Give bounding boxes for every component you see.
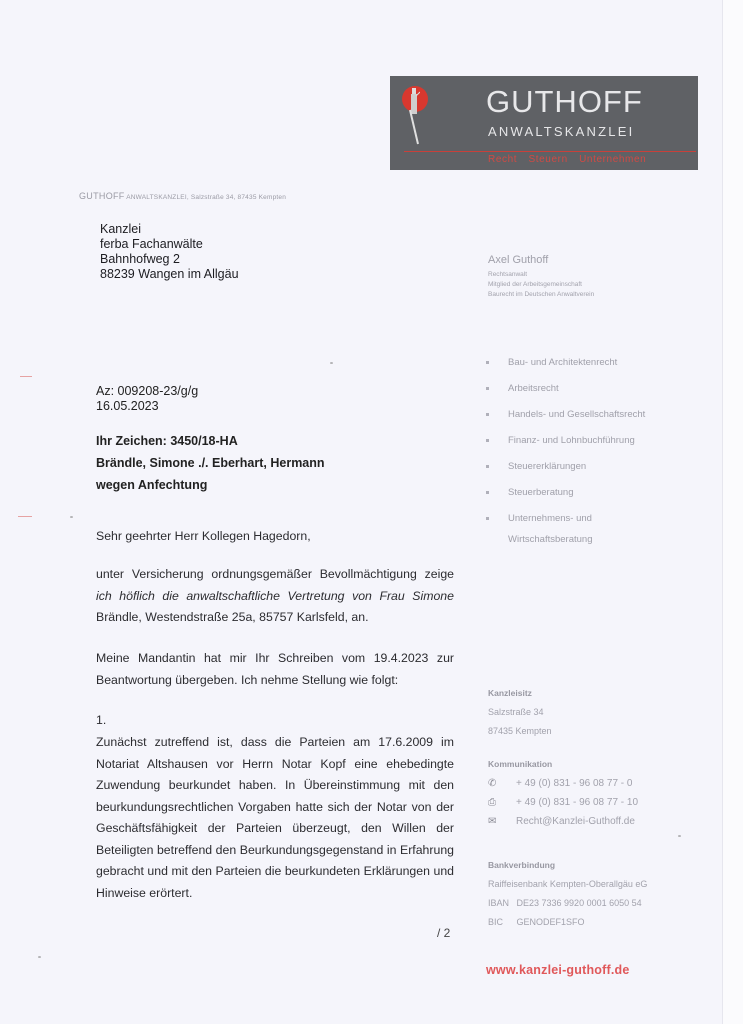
logo-rule bbox=[404, 151, 696, 152]
letter-date: 16.05.2023 bbox=[96, 399, 198, 414]
scan-speck bbox=[38, 956, 41, 958]
lawyer-title: Mitglied der Arbeitsgemeinschaft bbox=[488, 280, 594, 290]
office-address: Kanzleisitz Salzstraße 34 87435 Kempten bbox=[488, 684, 552, 741]
recipient-line: Kanzlei bbox=[100, 222, 239, 237]
iban-label: IBAN bbox=[488, 894, 514, 913]
iban-row: IBAN DE23 7336 9920 0001 6050 54 bbox=[488, 894, 647, 913]
reference-block: Az: 009208-23/g/g 16.05.2023 bbox=[96, 384, 198, 414]
website-link[interactable]: www.kanzlei-guthoff.de bbox=[486, 963, 630, 977]
page-edge bbox=[722, 0, 743, 1024]
email-row: ✉ Recht@Kanzlei-Guthoff.de bbox=[488, 812, 638, 831]
page-indicator: / 2 bbox=[437, 926, 450, 940]
sender-line: GUTHOFF ANWALTSKANZLEI, Salzstraße 34, 8… bbox=[79, 191, 286, 201]
salutation: Sehr geehrter Herr Kollegen Hagedorn, bbox=[96, 526, 454, 548]
phone-icon: ✆ bbox=[488, 774, 516, 793]
bank-details: Bankverbindung Raiffeisenbank Kempten-Ob… bbox=[488, 856, 647, 932]
bic-row: BIC GENODEF1SFO bbox=[488, 913, 647, 932]
paragraph-representation: unter Versicherung ordnungsgemäßer Bevol… bbox=[96, 564, 454, 629]
iban-value: DE23 7336 9920 0001 6050 54 bbox=[517, 898, 642, 908]
scan-speck bbox=[678, 835, 681, 837]
firm-type: ANWALTSKANZLEI bbox=[488, 124, 634, 139]
practice-area: Finanz- und Lohnbuchführung bbox=[486, 434, 645, 447]
email-address[interactable]: Recht@Kanzlei-Guthoff.de bbox=[516, 812, 635, 831]
bank-heading: Bankverbindung bbox=[488, 856, 647, 875]
fax-icon: ⎙ bbox=[488, 793, 516, 812]
recipient-line: Bahnhofweg 2 bbox=[100, 252, 239, 267]
paragraph-text: Brändle, Westendstraße 25a, 85757 Karlsf… bbox=[96, 610, 369, 624]
firm-logo: GUTHOFF ANWALTSKANZLEI Recht Steuern Unt… bbox=[390, 76, 698, 170]
recipient-line: ferba Fachanwälte bbox=[100, 237, 239, 252]
scan-speck bbox=[70, 516, 73, 518]
firm-tagline: Recht Steuern Unternehmen bbox=[488, 154, 646, 165]
fax-number: + 49 (0) 831 - 96 08 77 - 10 bbox=[516, 793, 638, 812]
file-number: Az: 009208-23/g/g bbox=[96, 384, 198, 399]
office-street: Salzstraße 34 bbox=[488, 703, 552, 722]
practice-area: Steuerberatung bbox=[486, 486, 645, 499]
fax-row: ⎙ + 49 (0) 831 - 96 08 77 - 10 bbox=[488, 793, 638, 812]
lawyer-title: Baurecht im Deutschen Anwaltverein bbox=[488, 290, 594, 300]
section-number: 1. bbox=[96, 710, 454, 732]
case-matter: wegen Anfechtung bbox=[96, 474, 325, 496]
practice-area: Steuererklärungen bbox=[486, 460, 645, 473]
paragraph-text: unter Versicherung ordnungsgemäßer Bevol… bbox=[96, 567, 454, 581]
communication-heading: Kommunikation bbox=[488, 755, 638, 774]
fold-mark bbox=[20, 376, 32, 377]
sender-brand: GUTHOFF bbox=[79, 191, 125, 201]
practice-area-continued: Wirtschaftsberatung bbox=[486, 533, 645, 546]
lawyer-titles: Rechtsanwalt Mitglied der Arbeitsgemeins… bbox=[488, 270, 594, 300]
sender-address: ANWALTSKANZLEI, Salzstraße 34, 87435 Kem… bbox=[125, 194, 286, 201]
paragraph-text-italic: ich höflich die anwaltschaftliche Vertre… bbox=[96, 589, 454, 603]
bic-label: BIC bbox=[488, 913, 514, 932]
office-heading: Kanzleisitz bbox=[488, 684, 552, 703]
justitia-icon bbox=[408, 88, 420, 148]
letter-page: GUTHOFF ANWALTSKANZLEI Recht Steuern Unt… bbox=[0, 0, 743, 1024]
practice-area: Bau- und Architektenrecht bbox=[486, 356, 645, 369]
bank-name: Raiffeisenbank Kempten-Oberallgäu eG bbox=[488, 875, 647, 894]
your-reference: Ihr Zeichen: 3450/18-HA bbox=[96, 430, 325, 452]
lawyer-name: Axel Guthoff bbox=[488, 254, 548, 266]
scan-speck bbox=[330, 362, 333, 364]
email-icon: ✉ bbox=[488, 812, 516, 831]
practice-area: Unternehmens- und bbox=[486, 512, 645, 525]
case-parties: Brändle, Simone ./. Eberhart, Hermann bbox=[96, 452, 325, 474]
practice-area: Arbeitsrecht bbox=[486, 382, 645, 395]
bic-value: GENODEF1SFO bbox=[517, 917, 585, 927]
paragraph-section-1: Zunächst zutreffend ist, dass die Partei… bbox=[96, 732, 454, 904]
office-city: 87435 Kempten bbox=[488, 722, 552, 741]
phone-row: ✆ + 49 (0) 831 - 96 08 77 - 0 bbox=[488, 774, 638, 793]
practice-area: Handels- und Gesellschaftsrecht bbox=[486, 408, 645, 421]
phone-number: + 49 (0) 831 - 96 08 77 - 0 bbox=[516, 774, 632, 793]
recipient-address: Kanzlei ferba Fachanwälte Bahnhofweg 2 8… bbox=[100, 222, 239, 282]
fold-mark bbox=[18, 516, 32, 517]
subject-block: Ihr Zeichen: 3450/18-HA Brändle, Simone … bbox=[96, 430, 325, 496]
lawyer-title: Rechtsanwalt bbox=[488, 270, 594, 280]
paragraph-letter-received: Meine Mandantin hat mir Ihr Schreiben vo… bbox=[96, 648, 454, 691]
firm-name: GUTHOFF bbox=[486, 84, 643, 120]
communication-block: Kommunikation ✆ + 49 (0) 831 - 96 08 77 … bbox=[488, 755, 638, 831]
practice-areas: Bau- und Architektenrecht Arbeitsrecht H… bbox=[486, 356, 645, 546]
recipient-line: 88239 Wangen im Allgäu bbox=[100, 267, 239, 282]
